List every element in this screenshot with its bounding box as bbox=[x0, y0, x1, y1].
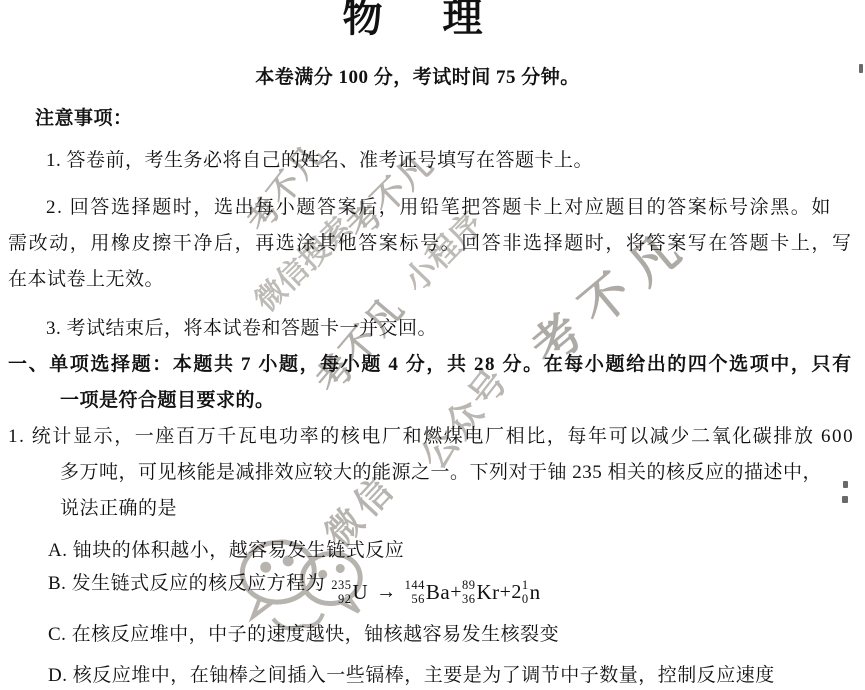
paper-title: 物 理 bbox=[0, 6, 835, 30]
question1-stem-line-1: 1. 统计显示，一座百万千瓦电功率的核电厂和燃煤电厂相比，每年可以减少二氧化碳排… bbox=[8, 425, 854, 449]
notice-item-3: 3. 考试结束后，将本试卷和答题卡一并交回。 bbox=[46, 317, 437, 341]
section1-header-line-2: 一项是符合题目要求的。 bbox=[60, 389, 275, 413]
scan-artifact bbox=[842, 496, 848, 503]
notice-item-2-line-3: 在本试卷上无效。 bbox=[8, 268, 164, 292]
plus-sign: + bbox=[450, 580, 462, 604]
question1-option-d: D. 核反应堆中，在铀棒之间插入一些镉棒，主要是为了调节中子数量，控制反应速度 bbox=[48, 664, 775, 688]
nuclear-equation: 23592U→14456Ba+8936Kr+210n bbox=[331, 578, 540, 607]
exam-content: 物 理 本卷满分 100 分，考试时间 75 分钟。 注意事项： 1. 答卷前，… bbox=[0, 0, 865, 690]
paper-subtitle: 本卷满分 100 分，考试时间 75 分钟。 bbox=[0, 66, 835, 90]
question1-option-c: C. 在核反应堆中，中子的速度越快，铀核越容易发生核裂变 bbox=[48, 623, 559, 647]
option-b-text: B. 发生链式反应的核反应方程为 bbox=[48, 573, 325, 594]
notice-item-2-line-2: 需改动，用橡皮擦干净后，再选涂其他答案标号。回答非选择题时，将答案写在答题卡上，… bbox=[8, 232, 853, 256]
section1-header-line-1: 一、单项选择题：本题共 7 小题，每小题 4 分，共 28 分。在每小题给出的四… bbox=[8, 353, 853, 377]
nuclide-uranium: 23592U bbox=[331, 578, 368, 607]
scan-artifact bbox=[859, 64, 863, 73]
plus-two: +2 bbox=[500, 580, 522, 604]
nuclide-krypton: 8936Kr bbox=[462, 578, 500, 607]
nuclide-neutron: 10n bbox=[522, 578, 541, 607]
question1-stem-line-3: 说法正确的是 bbox=[60, 497, 177, 521]
question1-option-b: B. 发生链式反应的核反应方程为23592U→14456Ba+8936Kr+21… bbox=[48, 572, 541, 607]
reaction-arrow: → bbox=[368, 580, 405, 604]
notice-heading: 注意事项： bbox=[35, 107, 133, 131]
notice-item-1: 1. 答卷前，考生务必将自己的姓名、准考证号填写在答题卡上。 bbox=[46, 149, 593, 173]
question1-stem-line-2: 多万吨，可见核能是减排效应较大的能源之一。下列对于铀 235 相关的核反应的描述… bbox=[60, 461, 822, 485]
scan-artifact bbox=[843, 481, 848, 488]
exam-paper: 考不凡微信搜索考不凡小程序考不凡公众号考不凡微信 物 理 本卷满分 100 分，… bbox=[0, 0, 865, 690]
notice-item-2-line-1: 2. 回答选择题时，选出每小题答案后，用铅笔把答题卡上对应题目的答案标号涂黑。如 bbox=[46, 196, 832, 220]
question1-option-a: A. 铀块的体积越小，越容易发生链式反应 bbox=[48, 539, 404, 563]
nuclide-barium: 14456Ba bbox=[405, 578, 451, 607]
